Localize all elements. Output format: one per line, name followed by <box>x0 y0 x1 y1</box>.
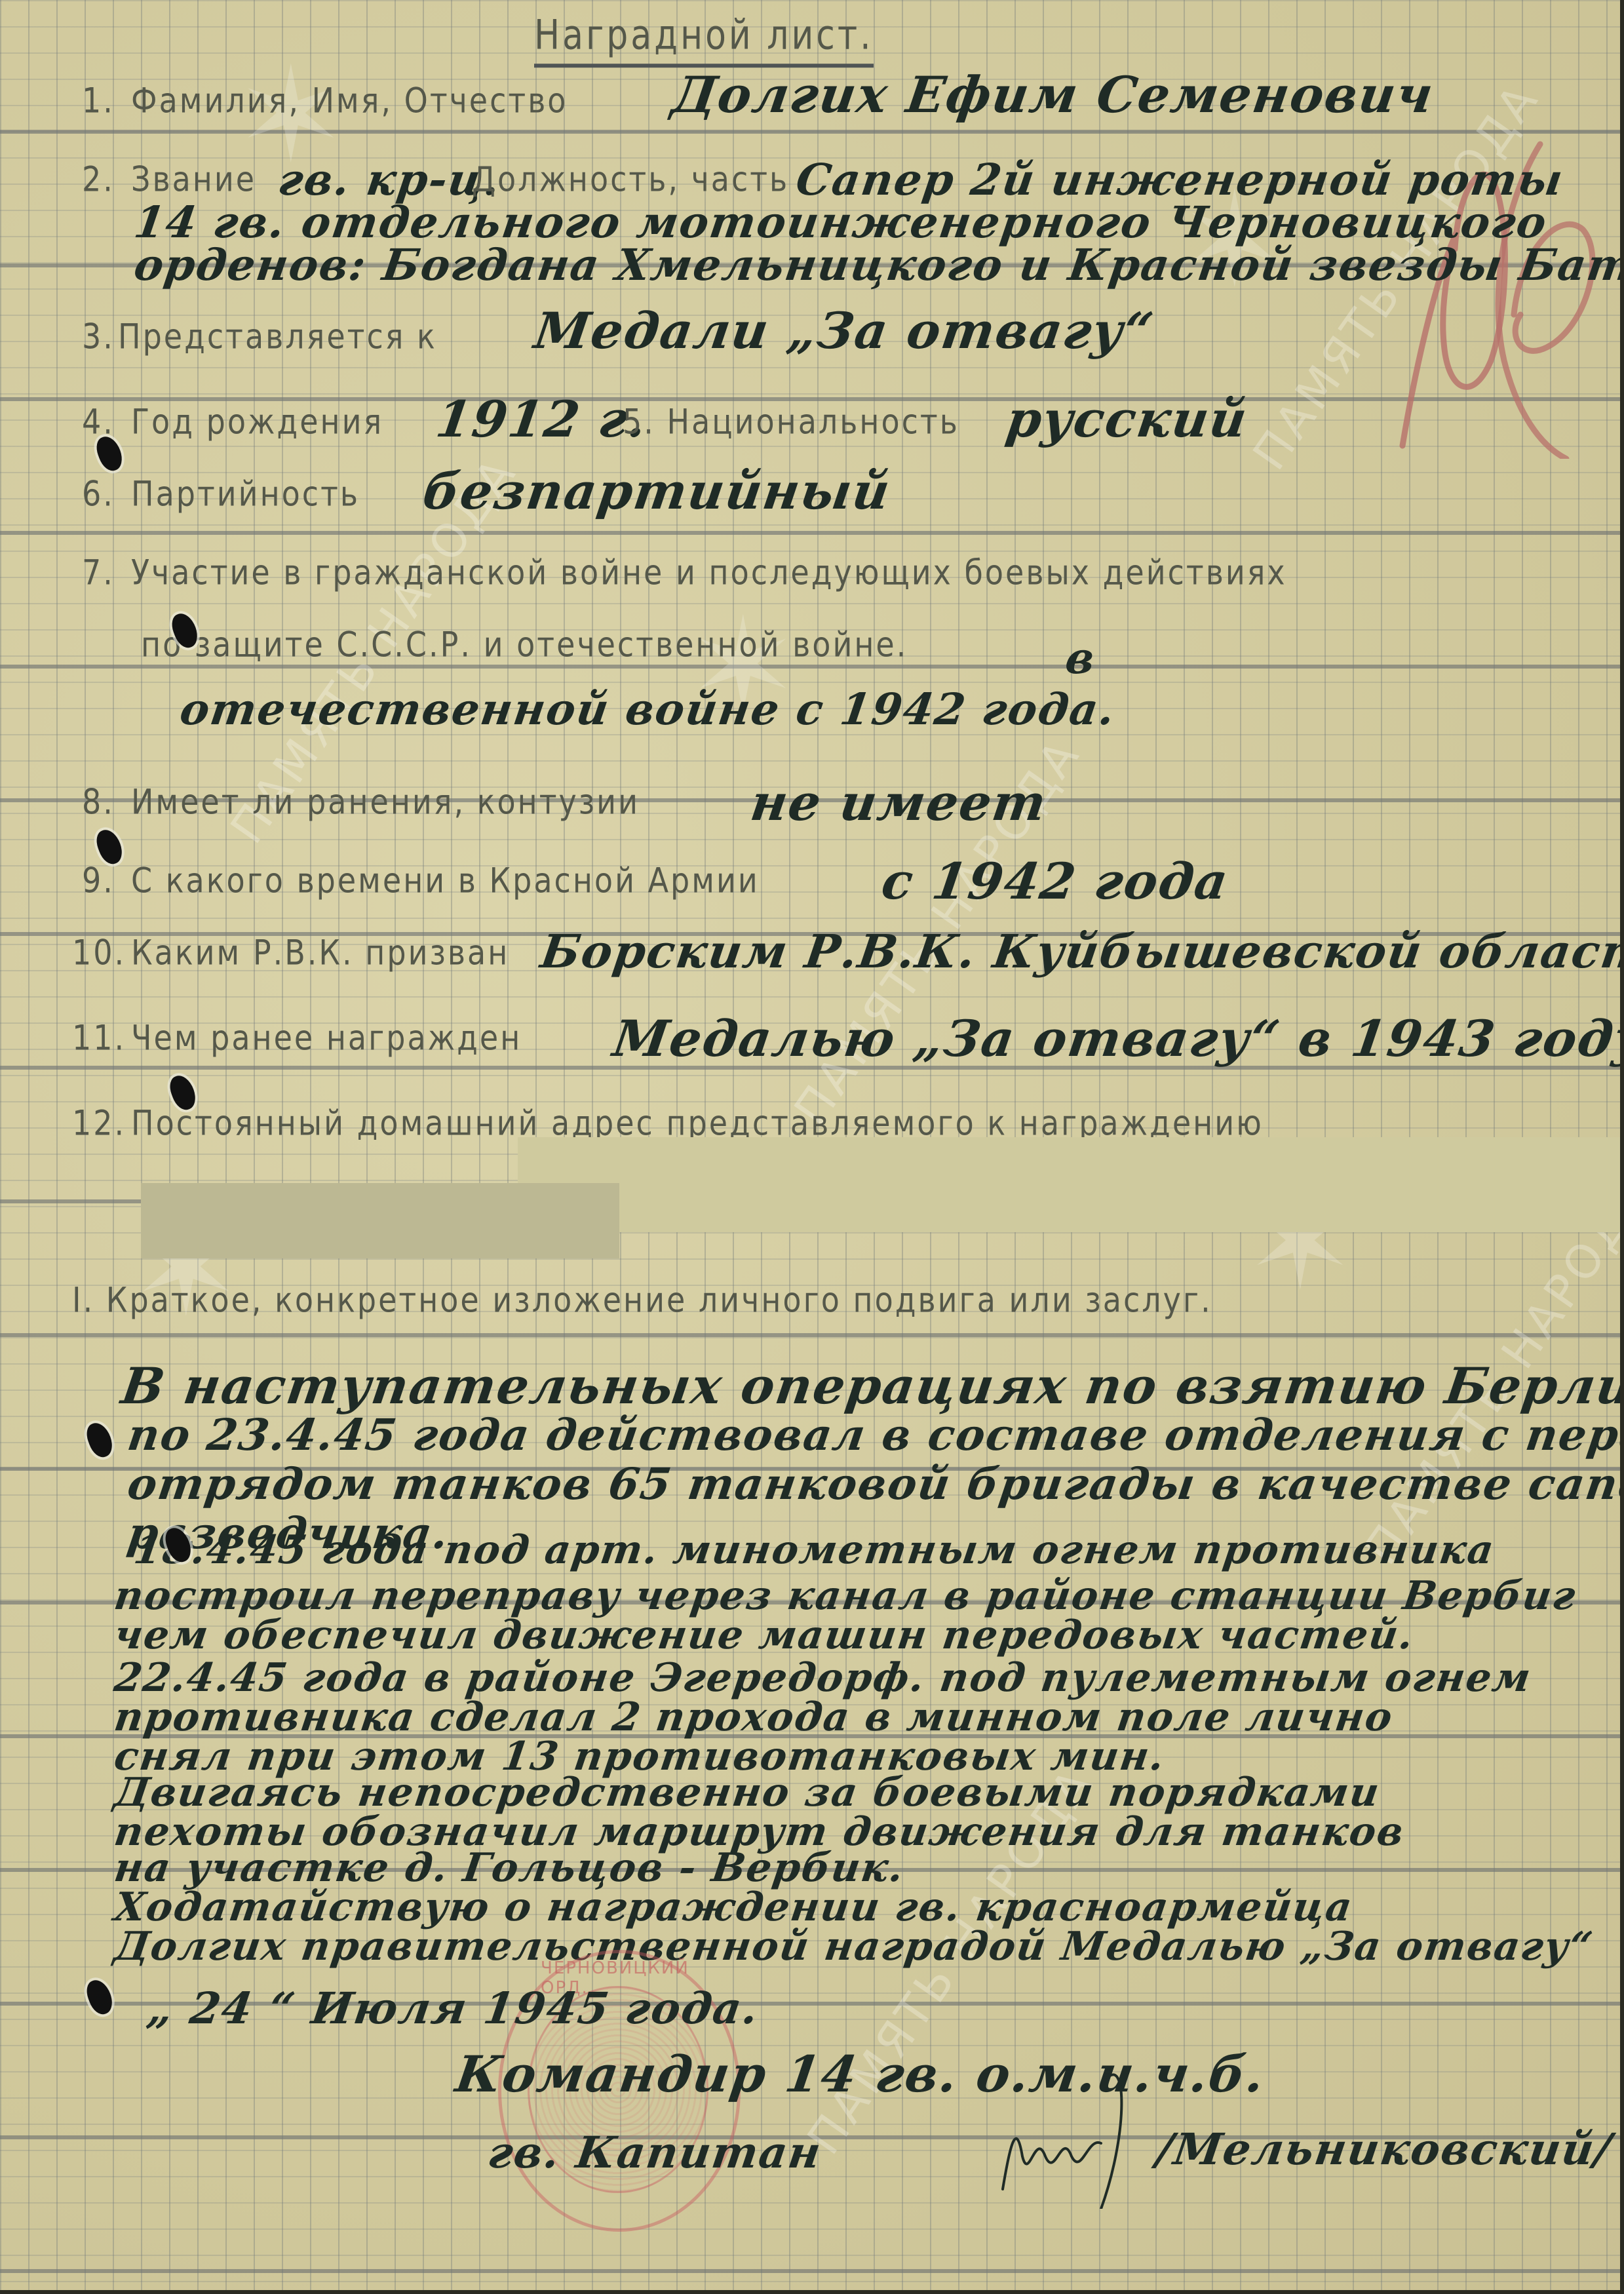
narrative-line: В наступательных операциях по взятию Бер… <box>118 1357 1624 1415</box>
field-1-label: Фамилия, Имя, Отчество <box>131 80 568 121</box>
field-9-number: 9. <box>82 860 115 901</box>
field-3-number: 3. <box>82 316 115 357</box>
field-6-value: безпартийный <box>419 462 895 520</box>
field-2-label: Звание <box>131 159 256 199</box>
commander-rank: гв. Капитан <box>485 2127 825 2178</box>
field-7-number: 7. <box>82 552 115 593</box>
field-4-label: Год рождения <box>131 401 383 442</box>
field-7-label: Участие в гражданской войне и последующи… <box>131 552 1287 593</box>
field-2-number: 2. <box>82 159 115 199</box>
narrative-line: 18.4.45 года под арт. минометным огнем п… <box>131 1527 1498 1573</box>
field-8-number: 8. <box>82 781 115 822</box>
field-10-label: Каким Р.В.К. призван <box>131 932 509 973</box>
document-title: Наградной лист. <box>534 12 874 68</box>
field-1-number: 1. <box>82 80 115 121</box>
punch-hole <box>83 1420 116 1460</box>
narrative-line: отрядом танков 65 танковой бригады в кач… <box>125 1458 1624 1509</box>
field-4-number: 4. <box>82 401 115 442</box>
field-3-label: Представляется к <box>118 316 437 357</box>
narrative-line: Долгих правительственной наградой Медаль… <box>111 1924 1596 1970</box>
field-5-label: 5. Национальность <box>623 401 959 442</box>
field-1-value: Долгих Ефим Семенович <box>668 66 1438 124</box>
commander-name: /Мельниковский/ <box>1153 2124 1615 2175</box>
redacted-address-block <box>518 1137 1624 1232</box>
field-5-value: русский <box>1003 390 1252 448</box>
field-12-number: 12. <box>72 1102 126 1143</box>
field-8-value: не имеет <box>747 773 1051 832</box>
field-7-value: в отечественной войне с 1942 года. <box>177 632 1502 735</box>
field-11-number: 11. <box>72 1017 126 1058</box>
field-6-number: 6. <box>82 473 115 514</box>
narrative-line: чем обеспечил движение машин передовых ч… <box>111 1612 1418 1658</box>
field-10-number: 10. <box>72 932 126 973</box>
field-11-label: Чем ранее награжден <box>131 1017 522 1058</box>
punch-hole <box>83 1977 116 2017</box>
field-2-continuation-2: орденов: Богдана Хмельницкого и Красной … <box>131 239 1624 290</box>
field-10-value: Борским Р.В.К. Куйбышевской области <box>537 924 1624 979</box>
field-9-value: с 1942 года <box>878 852 1233 910</box>
section-1-label: I. Краткое, конкретное изложение личного… <box>72 1279 1212 1320</box>
field-8-label: Имеет ли ранения, контузии <box>131 781 640 822</box>
field-2-label2: Должность, часть <box>472 159 789 199</box>
field-11-value: Медалью „За отвагу“ в 1943 году <box>609 1009 1624 1068</box>
redacted-address-block <box>141 1183 619 1258</box>
field-6-label: Партийность <box>131 473 360 514</box>
field-4-value: 1912 г. <box>433 390 651 448</box>
narrative-line: по 23.4.45 года действовал в составе отд… <box>125 1409 1624 1460</box>
award-sheet-page: ПАМЯТЬ НАРОДА ПАМЯТЬ НАРОДА ПАМЯТЬ НАРОД… <box>0 0 1624 2294</box>
signature-icon <box>996 2058 1153 2209</box>
document-date: „ 24 “ Июля 1945 года. <box>144 1983 762 2034</box>
field-9-label: С какого времени в Красной Армии <box>131 860 760 901</box>
field-3-value: Медали „За отвагу“ <box>531 301 1158 360</box>
